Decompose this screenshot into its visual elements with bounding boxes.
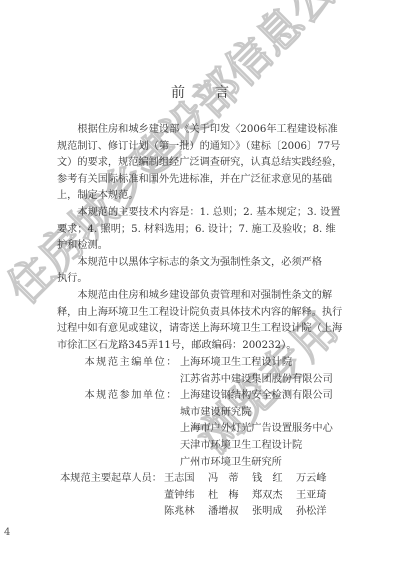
page-number: 4	[4, 527, 10, 538]
organizations: 本规范主编单位： 上海环境卫生工程设计院 江苏省苏中建设集团股份有限公司 本规范…	[40, 355, 340, 521]
preface-body: 根据住房和城乡建设部《关于印发〈2006年工程建设标准 规范制订、修订计划（第一…	[57, 122, 347, 354]
paragraph-contents: 本规范的主要技术内容是：1. 总则；2. 基本规定；3. 设置	[57, 205, 347, 222]
paragraph-basis: 根据住房和城乡建设部《关于印发〈2006年工程建设标准	[57, 122, 347, 139]
paragraph-mandatory: 本规范中以黑体字标志的条文为强制性条文，必须严格	[57, 255, 347, 272]
participants-row: 本规范参加单位： 上海建设钢结构安全检测有限公司 城市建设研究院 上海市户外灯光…	[40, 388, 340, 471]
drafters-row: 本规范主要起草人员： 王志国 冯 蒂 钱 红 万云峰 董钟纬 杜 梅 郑双杰 王…	[40, 471, 340, 521]
drafters-names-row: 王志国 冯 蒂 钱 红 万云峰	[164, 471, 340, 488]
page-title: 前言	[0, 82, 400, 102]
drafters-label: 本规范主要起草人员：	[40, 471, 164, 521]
participants-label: 本规范参加单位：	[40, 388, 180, 471]
chief-editor-row: 本规范主编单位： 上海环境卫生工程设计院 江苏省苏中建设集团股份有限公司	[40, 355, 340, 388]
paragraph-management-cont: 释，由上海环境卫生工程设计院负责具体技术内容的解释。执行 过程中如有意见或建议，…	[57, 305, 347, 355]
chief-editor-label: 本规范主编单位：	[40, 355, 180, 388]
participants-units: 上海建设钢结构安全检测有限公司 城市建设研究院 上海市户外灯光广告设置服务中心 …	[180, 388, 340, 471]
drafters-names: 王志国 冯 蒂 钱 红 万云峰 董钟纬 杜 梅 郑双杰 王亚琦 陈兆林 潘增叔 …	[164, 471, 340, 521]
paragraph-management: 本规范由住房和城乡建设部负责管理和对强制性条文的解	[57, 288, 347, 305]
drafters-names-row: 陈兆林 潘增叔 张明成 孙松洋	[164, 504, 340, 521]
paragraph-mandatory-cont: 执行。	[57, 271, 347, 288]
chief-editor-units: 上海环境卫生工程设计院 江苏省苏中建设集团股份有限公司	[180, 355, 340, 388]
paragraph-basis-cont: 规范制订、修订计划（第一批）的通知〉》（建标〔2006〕77号 文）的要求，规范…	[57, 139, 347, 205]
drafters-names-row: 董钟纬 杜 梅 郑双杰 王亚琦	[164, 488, 340, 505]
paragraph-contents-cont: 要求；4. 照明；5. 材料选用；6. 设计；7. 施工及验收；8. 维 护和检…	[57, 222, 347, 255]
document-page: 住房城乡建设部信息公开 浏览专用 前言 根据住房和城乡建设部《关于印发〈2006…	[0, 0, 400, 579]
